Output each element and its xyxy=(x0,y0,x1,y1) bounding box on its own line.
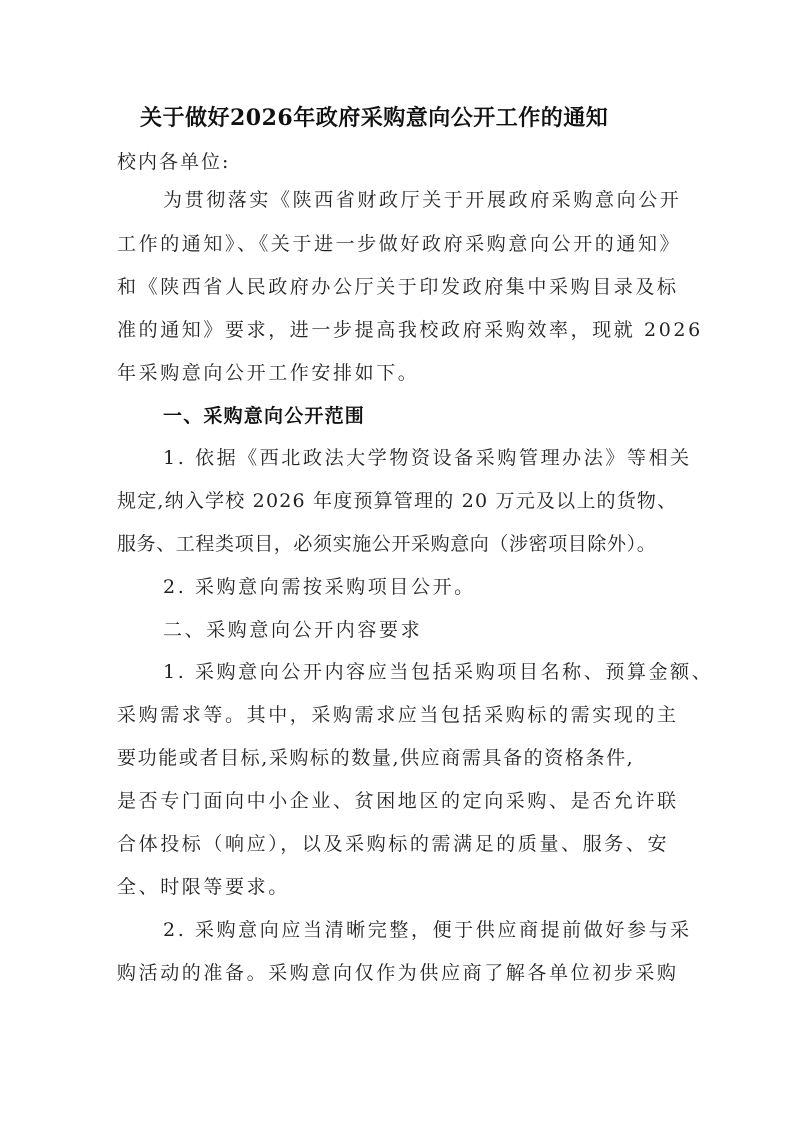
paragraph-line: 年采购意向公开工作安排如下。 xyxy=(117,361,677,385)
paragraph-line: 和《陕西省人民政府办公厅关于印发政府集中采购目录及标 xyxy=(117,275,677,299)
paragraph-line: 为贯彻落实《陕西省财政厅关于开展政府采购意向公开 xyxy=(163,188,683,212)
section-heading: 一、采购意向公开范围 xyxy=(163,404,683,428)
paragraph-line: 2. 采购意向需按采购项目公开。 xyxy=(163,575,683,599)
salutation: 校内各单位: xyxy=(117,150,677,174)
paragraph-line: 采购需求等。其中，采购需求应当包括采购标的需实现的主 xyxy=(117,703,677,727)
paragraph-line: 2. 采购意向应当清晰完整，便于供应商提前做好参与采 xyxy=(163,918,683,942)
paragraph-line: 全、时限等要求。 xyxy=(117,875,677,899)
paragraph-line: 准的通知》要求，进一步提高我校政府采购效率，现就 2026 xyxy=(117,318,677,342)
paragraph-line: 1. 采购意向公开内容应当包括采购项目名称、预算金额、 xyxy=(163,660,683,684)
paragraph-line: 工作的通知》、《关于进一步做好政府采购意向公开的通知》 xyxy=(117,232,677,256)
paragraph-line: 1. 依据《西北政法大学物资设备采购管理办法》等相关 xyxy=(163,446,683,470)
document-title: 关于做好2026年政府采购意向公开工作的通知 xyxy=(140,104,660,132)
paragraph-line: 合体投标（响应），以及采购标的需满足的质量、服务、安 xyxy=(117,832,677,856)
paragraph-line: 规定,纳入学校 2026 年度预算管理的 20 万元及以上的货物、 xyxy=(117,489,677,513)
paragraph-line: 购活动的准备。采购意向仅作为供应商了解各单位初步采购 xyxy=(117,961,677,985)
document-page: 关于做好2026年政府采购意向公开工作的通知 校内各单位: 为贯彻落实《陕西省财… xyxy=(0,0,793,1122)
section-heading: 二、采购意向公开内容要求 xyxy=(163,618,683,642)
paragraph-line: 服务、工程类项目，必须实施公开采购意向（涉密项目除外）。 xyxy=(117,532,677,556)
paragraph-line: 要功能或者目标,采购标的数量,供应商需具备的资格条件, xyxy=(117,746,677,770)
paragraph-line: 是否专门面向中小企业、贫困地区的定向采购、是否允许联 xyxy=(117,789,677,813)
